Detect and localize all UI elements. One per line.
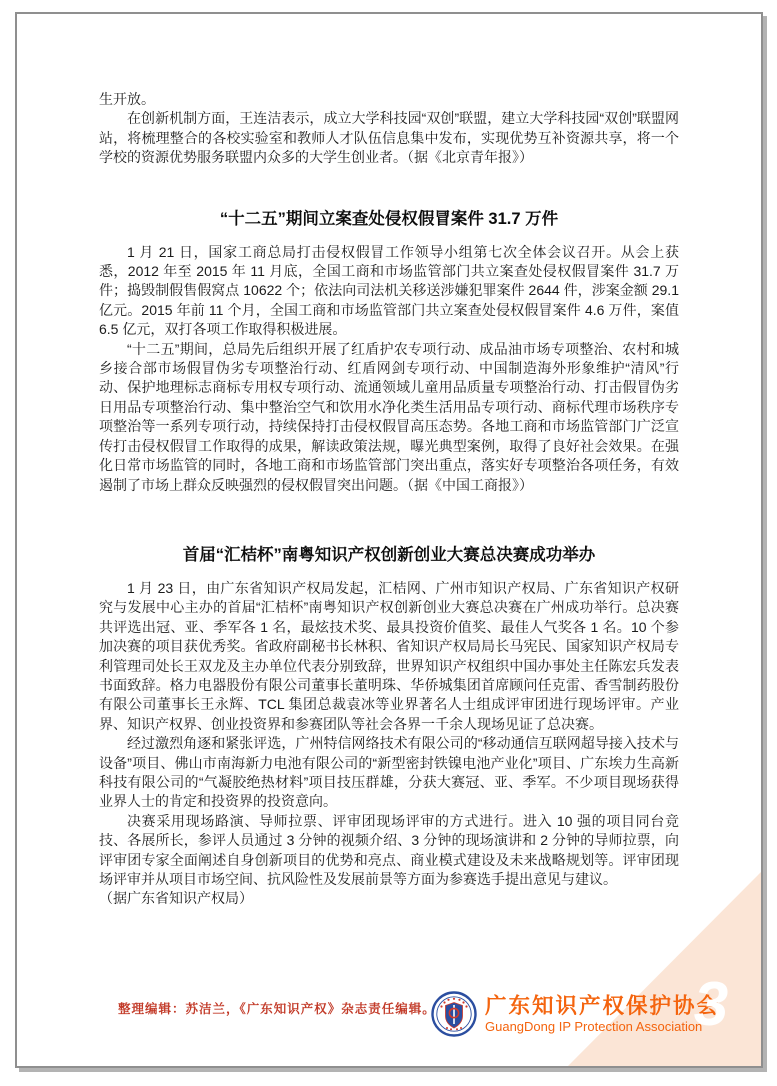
document-canvas: 生开放。 在创新机制方面，王连洁表示，成立大学科技园“双创”联盟，建立大学科技园… bbox=[0, 0, 777, 1086]
article-2-source-line: （据广东省知识产权局） bbox=[99, 889, 679, 908]
article-2-title: 首届“汇桔杯”南粤知识产权创新创业大赛总决赛成功举办 bbox=[99, 544, 679, 566]
article-1-title: “十二五”期间立案查处侵权假冒案件 31.7 万件 bbox=[99, 208, 679, 230]
continued-paragraph: 在创新机制方面，王连洁表示，成立大学科技园“双创”联盟，建立大学科技园“双创”联… bbox=[99, 109, 679, 167]
association-logo-icon bbox=[431, 991, 477, 1037]
continued-paragraph: 生开放。 bbox=[99, 90, 679, 109]
article-2-paragraph: 经过激烈角逐和紧张评选，广州特信网络技术有限公司的“移动通信互联网超导接入技术与… bbox=[99, 734, 679, 812]
editor-note: 整理编辑：苏洁兰，《广东知识产权》杂志责任编辑。 bbox=[118, 999, 436, 1017]
page-content: 生开放。 在创新机制方面，王连洁表示，成立大学科技园“双创”联盟，建立大学科技园… bbox=[99, 90, 679, 909]
article-1-paragraph: “十二五”期间，总局先后组织开展了红盾护农专项行动、成品油市场专项整治、农村和城… bbox=[99, 340, 679, 495]
article-2-paragraph: 1 月 23 日，由广东省知识产权局发起，汇桔网、广州市知识产权局、广东省知识产… bbox=[99, 579, 679, 734]
page-number: 3 bbox=[681, 969, 741, 1041]
association-branding: 广东知识产权保护协会 GuangDong IP Protection Assoc… bbox=[431, 991, 720, 1037]
document-page: 生开放。 在创新机制方面，王连洁表示，成立大学科技园“双创”联盟，建立大学科技园… bbox=[15, 12, 763, 1068]
article-2-paragraph: 决赛采用现场路演、导师拉票、评审团现场评审的方式进行。进入 10 强的项目同台竞… bbox=[99, 812, 679, 890]
article-1-paragraph: 1 月 21 日，国家工商总局打击侵权假冒工作领导小组第七次全体会议召开。从会上… bbox=[99, 243, 679, 340]
